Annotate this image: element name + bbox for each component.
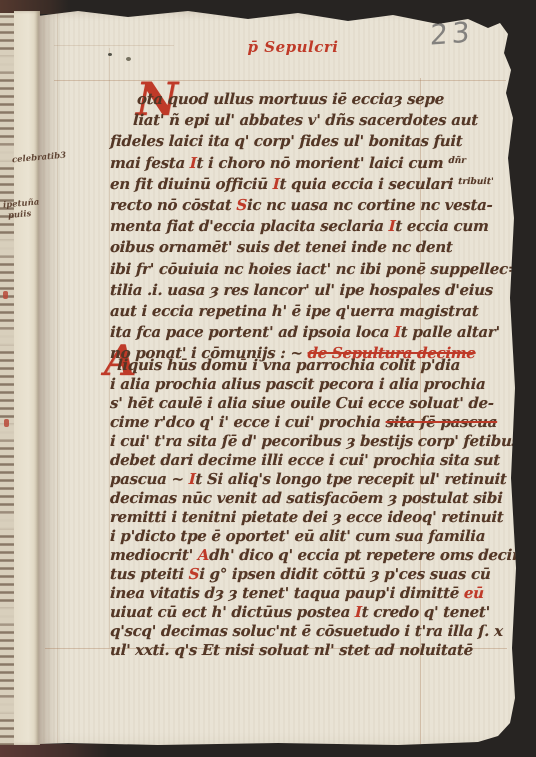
manuscript-line-3: fideles laici ita q' corp' fides ul' bon… bbox=[110, 133, 463, 150]
ink-text: recto nō cōstat bbox=[110, 196, 237, 214]
ink-text: i alia prochia alius pascit pecora i ali… bbox=[110, 375, 486, 393]
manuscript-line-10: tilia .i. uasa ȝ res lancor' ul' ipe hos… bbox=[110, 282, 493, 299]
ink-text: remitti i tenitni pietate dei ȝ ecce ide… bbox=[110, 508, 504, 526]
ink-text: ita fca pace portent' ad ipsoia loca bbox=[110, 323, 395, 341]
manuscript-line-26: inea vitatis dȝ ȝ tenet' taqua paup'i di… bbox=[110, 585, 484, 602]
ink-text: inea vitatis dȝ ȝ tenet' taqua paup'i di… bbox=[110, 584, 465, 602]
edge-red-mark bbox=[3, 291, 8, 299]
manuscript-line-9: ibi fr' cōuiuia nc hoies iact' nc ibi po… bbox=[110, 261, 521, 278]
ink-text: mai festa bbox=[110, 154, 190, 172]
ink-text: oibus ornamēt' suis det tenei inde nc de… bbox=[110, 238, 453, 256]
ink-stain bbox=[126, 57, 131, 61]
ink-text: t i choro nō morient' laici cum bbox=[196, 154, 448, 172]
ink-text: i g° ipsen didit cōttū ȝ p'ces suas cū bbox=[199, 565, 491, 583]
manuscript-line-7: menta fiat d'eccia placita seclaria It e… bbox=[110, 218, 489, 235]
manuscript-line-15: i alia prochia alius pascit pecora i ali… bbox=[110, 376, 486, 393]
ink-text: ul' xxti. q's Et nisi soluat nl' stet ad… bbox=[110, 641, 473, 659]
ink-text: ic nc uasa nc cortine nc vesta- bbox=[247, 196, 493, 214]
ink-stain bbox=[108, 53, 112, 56]
manuscript-line-19: debet dari decime illi ecce i cui' proch… bbox=[110, 452, 500, 469]
ink-text: i cui' t'ra sita ſē d' pecoribus ȝ besti… bbox=[110, 432, 520, 450]
ink-text: debet dari decime illi ecce i cui' proch… bbox=[110, 451, 501, 469]
manuscript-line-4: mai festa It i choro nō morient' laici c… bbox=[110, 155, 466, 172]
manuscript-line-28: q'scq' decimas soluc'nt ē cōsuetudo i t'… bbox=[110, 623, 503, 640]
manuscript-line-14: liquis hūs domū i vna parrochia colit p'… bbox=[117, 357, 461, 374]
ink-text: uiuat cū ect h' dictūus postea bbox=[110, 603, 356, 621]
ink-text: liquis hūs domū i vna parrochia colit p'… bbox=[117, 356, 461, 374]
marginal-note-left-3: puiis bbox=[8, 210, 32, 221]
ink-text: cime r'dco q' i' ecce i cui' prochia bbox=[110, 413, 386, 431]
page-fore-edge bbox=[14, 11, 40, 745]
ink-text: en fit diuinū officiū bbox=[110, 175, 273, 193]
ink-text: i p'dicto tpe ē oportet' eū alit' cum su… bbox=[110, 527, 486, 545]
rubricated-letter: S bbox=[236, 196, 247, 214]
binding-bottom-left bbox=[0, 744, 110, 757]
manuscript-line-12: ita fca pace portent' ad ipsoia loca It … bbox=[110, 324, 500, 341]
manuscript-line-25: tus pteiti Si g° ipsen didit cōttū ȝ p'c… bbox=[110, 566, 491, 583]
ink-text: tilia .i. uasa ȝ res lancor' ul' ipe hos… bbox=[110, 281, 494, 299]
ink-text: tribuit' bbox=[458, 177, 494, 187]
manuscript-line-24: mediocrit' Adh' dico q' eccia pt repeter… bbox=[110, 547, 536, 564]
ink-text: ota quod ullus mortuus iē ecciaȝ sepe bbox=[137, 90, 445, 108]
ink-text: dñr bbox=[448, 156, 466, 166]
ink-text: t Si aliq's longo tpe recepit ul' retinu… bbox=[195, 470, 507, 488]
ink-text: sita ſē pascua bbox=[385, 413, 497, 431]
ink-text: pascua ~ bbox=[110, 470, 189, 488]
ink-text: decimas nūc venit ad satisfacōem ȝ postu… bbox=[110, 489, 503, 507]
section-rubric: p̄ Sepulcri bbox=[198, 40, 388, 55]
ink-text: mediocrit' bbox=[110, 546, 198, 564]
manuscript-line-5: en fit diuinū officiū It quia eccia i se… bbox=[110, 176, 494, 193]
ink-text: t credo q' tenet' bbox=[361, 603, 490, 621]
gutter-crease bbox=[57, 8, 58, 746]
manuscript-line-1: ota quod ullus mortuus iē ecciaȝ sepe bbox=[137, 91, 445, 108]
ink-text: s' hēt caulē i alia siue ouile Cui ecce … bbox=[110, 394, 494, 412]
ink-text: t eccia cum bbox=[395, 217, 489, 235]
manuscript-line-16: s' hēt caulē i alia siue ouile Cui ecce … bbox=[110, 395, 494, 412]
manuscript-line-18: i cui' t'ra sita ſē d' pecoribus ȝ besti… bbox=[110, 433, 520, 450]
rubricated-letter: A bbox=[197, 546, 209, 564]
ink-text: t palle altar' bbox=[401, 323, 501, 341]
edge-red-mark bbox=[4, 419, 9, 427]
rubricated-letter: eū bbox=[464, 584, 484, 602]
manuscript-line-6: recto nō cōstat Sic nc uasa nc cortine n… bbox=[110, 197, 493, 214]
manuscript-line-29: ul' xxti. q's Et nisi soluat nl' stet ad… bbox=[110, 642, 473, 659]
adjacent-page-edge bbox=[0, 13, 14, 745]
ink-text: dh' dico q' eccia pt repetere oms decims bbox=[209, 546, 536, 564]
ink-text: tus pteiti bbox=[110, 565, 189, 583]
manuscript-line-23: i p'dicto tpe ē oportet' eū alit' cum su… bbox=[110, 528, 486, 545]
ruling-line-top-short bbox=[54, 45, 174, 46]
manuscript-photo: p̄ Sepulcri 23 N A ota quod ullus mortuu… bbox=[0, 0, 536, 757]
folio-number-pencil: 23 bbox=[430, 18, 475, 49]
manuscript-line-17: cime r'dco q' i' ecce i cui' prochia sit… bbox=[110, 414, 498, 431]
ink-text: t quia eccia i seculari bbox=[279, 175, 458, 193]
manuscript-line-2: liat' ñ epi ul' abbates v' dñs sacerdote… bbox=[133, 112, 479, 129]
ink-text: ibi fr' cōuiuia nc hoies iact' nc ibi po… bbox=[110, 260, 521, 278]
ink-text: menta fiat d'eccia placita seclaria bbox=[110, 217, 389, 235]
manuscript-line-20: pascua ~ It Si aliq's longo tpe recepit … bbox=[110, 471, 507, 488]
manuscript-line-21: decimas nūc venit ad satisfacōem ȝ postu… bbox=[110, 490, 503, 507]
manuscript-line-11: aut i eccia repetina h' ē ipe q'uerra ma… bbox=[110, 303, 479, 320]
manuscript-line-27: uiuat cū ect h' dictūus postea It credo … bbox=[110, 604, 490, 621]
ink-text: aut i eccia repetina h' ē ipe q'uerra ma… bbox=[110, 302, 479, 320]
ink-text: q'scq' decimas soluc'nt ē cōsuetudo i t'… bbox=[110, 622, 503, 640]
manuscript-line-22: remitti i tenitni pietate dei ȝ ecce ide… bbox=[110, 509, 504, 526]
manuscript-line-8: oibus ornamēt' suis det tenei inde nc de… bbox=[110, 239, 453, 256]
ruling-line-top bbox=[54, 80, 506, 81]
parchment-page: p̄ Sepulcri 23 N A ota quod ullus mortuu… bbox=[38, 8, 520, 746]
ink-text: liat' ñ epi ul' abbates v' dñs sacerdote… bbox=[133, 111, 479, 129]
ink-text: fideles laici ita q' corp' fides ul' bon… bbox=[110, 132, 463, 150]
